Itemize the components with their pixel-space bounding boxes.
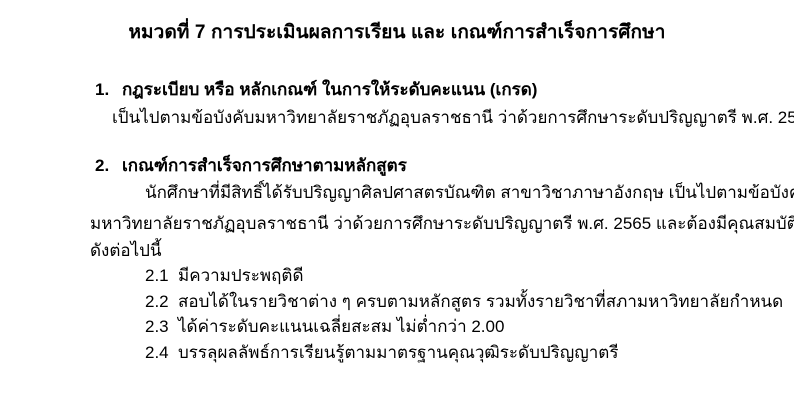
section-1-body: เป็นไปตามข้อบังคับมหาวิทยาลัยราชภัฏอุบลร… [112, 104, 794, 131]
document-page: หมวดที่ 7 การประเมินผลการเรียน และ เกณฑ์… [0, 0, 794, 398]
subitem-2-2-text: สอบได้ในรายวิชาต่าง ๆ ครบตามหลักสูตร รวม… [178, 292, 783, 311]
section-2-paragraph-line-3: ดังต่อไปนี้ [90, 237, 162, 264]
section-1-heading: 1.กฎระเบียบ หรือ หลักเกณฑ์ ในการให้ระดับ… [95, 76, 537, 103]
subitem-2-1: 2.1มีความประพฤติดี [145, 262, 304, 289]
document-title: หมวดที่ 7 การประเมินผลการเรียน และ เกณฑ์… [0, 17, 794, 47]
subitem-2-2: 2.2สอบได้ในรายวิชาต่าง ๆ ครบตามหลักสูตร … [145, 288, 783, 315]
subitem-2-4: 2.4บรรลุผลลัพธ์การเรียนรู้ตามมาตรฐานคุณว… [145, 339, 618, 366]
section-1-number: 1. [95, 80, 122, 100]
subitem-2-3: 2.3ได้ค่าระดับคะแนนเฉลี่ยสะสม ไม่ต่ำกว่า… [145, 313, 504, 340]
section-2-paragraph-line-1: นักศึกษาที่มีสิทธิ์ได้รับปริญญาศิลปศาสตร… [145, 179, 794, 206]
subitem-2-4-number: 2.4 [145, 343, 178, 363]
section-2-paragraph-line-2: มหาวิทยาลัยราชภัฏอุบลราชธานี ว่าด้วยการศ… [90, 210, 794, 237]
subitem-2-2-number: 2.2 [145, 292, 178, 312]
section-2-heading-text: เกณฑ์การสำเร็จการศึกษาตามหลักสูตร [122, 156, 407, 175]
subitem-2-1-number: 2.1 [145, 266, 178, 286]
subitem-2-1-text: มีความประพฤติดี [178, 266, 304, 285]
section-2-heading: 2.เกณฑ์การสำเร็จการศึกษาตามหลักสูตร [95, 152, 407, 179]
subitem-2-3-text: ได้ค่าระดับคะแนนเฉลี่ยสะสม ไม่ต่ำกว่า 2.… [178, 317, 504, 336]
section-2-number: 2. [95, 156, 122, 176]
subitem-2-4-text: บรรลุผลลัพธ์การเรียนรู้ตามมาตรฐานคุณวุฒิ… [178, 343, 618, 362]
section-1-heading-text: กฎระเบียบ หรือ หลักเกณฑ์ ในการให้ระดับคะ… [122, 80, 537, 99]
subitem-2-3-number: 2.3 [145, 317, 178, 337]
